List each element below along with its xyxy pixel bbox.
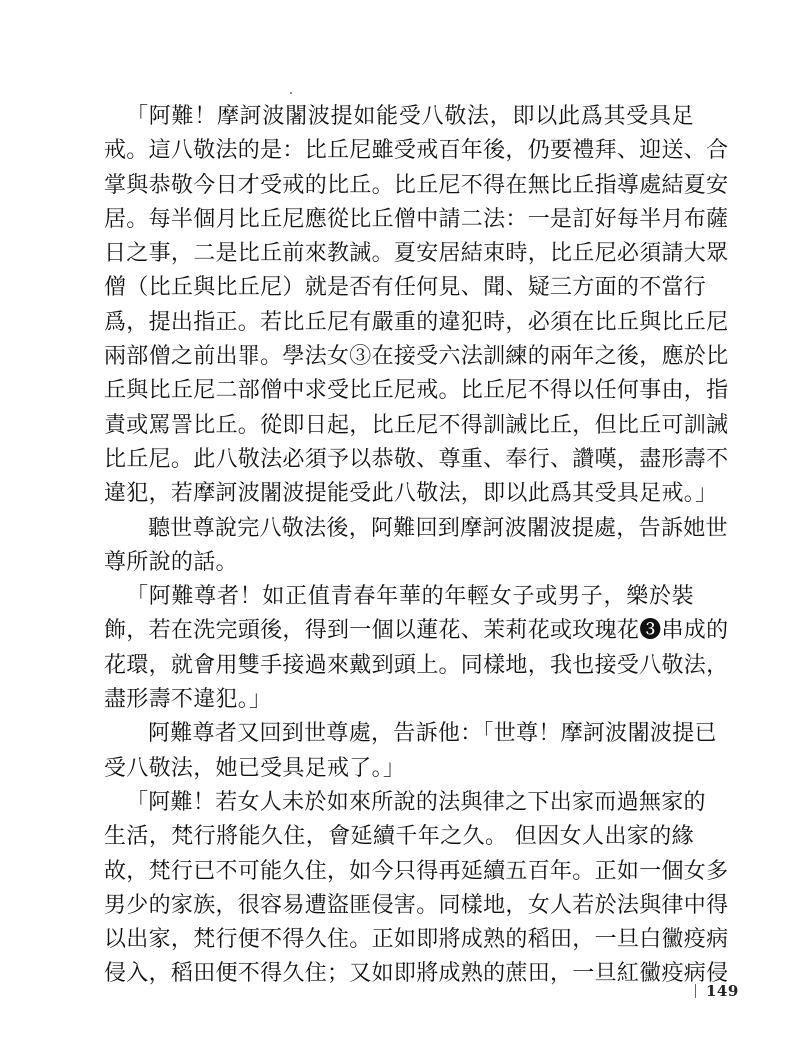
- text-line: 掌與恭敬今日才受戒的比丘。比丘尼不得在無比丘指導處結夏安: [104, 169, 694, 203]
- text-line: 比丘尼。此八敬法必須予以恭敬、尊重、奉行、讚嘆，盡形壽不: [104, 443, 694, 477]
- text-line: 以出家，梵行便不得久住。正如即將成熟的稻田，一旦白黴疫病: [104, 923, 694, 957]
- page-footer: 149: [695, 982, 739, 1000]
- text-line: 兩部僧之前出罪。學法女③在接受六法訓練的兩年之後，應於比: [104, 340, 694, 374]
- text-line: 「阿難！摩訶波闍波提如能受八敬法，即以此爲其受具足: [104, 100, 694, 134]
- text-line: 違犯，若摩訶波闍波提能受此八敬法，即以此爲其受具足戒。」: [104, 477, 694, 511]
- text-line: 男少的家族，很容易遭盜匪侵害。同樣地，女人若於法與律中得: [104, 889, 694, 923]
- footer-divider: [695, 984, 696, 998]
- text-line: 戒。這八敬法的是：比丘尼雖受戒百年後，仍要禮拜、迎送、合: [104, 134, 694, 168]
- text-line: 責或罵詈比丘。從即日起，比丘尼不得訓誡比丘，但比丘可訓誡: [104, 409, 694, 443]
- page-number: 149: [706, 982, 739, 1000]
- text-line: 居。每半個月比丘尼應從比丘僧中請二法：一是訂好每半月布薩: [104, 203, 694, 237]
- text-line: 侵入，稻田便不得久住；又如即將成熟的蔗田，一旦紅黴疫病侵: [104, 957, 694, 991]
- text-line: 生活，梵行將能久住，會延續千年之久。 但因女人出家的緣: [104, 820, 694, 854]
- scan-speck: [290, 92, 292, 94]
- text-line: 阿難尊者又回到世尊處，告訴他：「世尊！摩訶波闍波提已: [104, 717, 694, 751]
- text-line: 盡形壽不違犯。」: [104, 683, 694, 717]
- text-line: 爲，提出指正。若比丘尼有嚴重的違犯時，必須在比丘與比丘尼: [104, 306, 694, 340]
- text-line: 飾，若在洗完頭後，得到一個以蓮花、茉莉花或玫瑰花❸串成的: [104, 614, 694, 648]
- text-line: 「阿難尊者！如正值青春年華的年輕女子或男子，樂於裝: [104, 580, 694, 614]
- text-line: 故，梵行已不可能久住，如今只得再延續五百年。正如一個女多: [104, 855, 694, 889]
- text-line: 受八敬法，她已受具足戒了。」: [104, 752, 694, 786]
- text-line: 僧（比丘與比丘尼）就是否有任何見、聞、疑三方面的不當行: [104, 271, 694, 305]
- text-line: 花環，就會用雙手接過來戴到頭上。同樣地，我也接受八敬法，: [104, 649, 694, 683]
- text-line: 日之事，二是比丘前來教誡。夏安居結束時，比丘尼必須請大眾: [104, 237, 694, 271]
- text-line: 聽世尊說完八敬法後，阿難回到摩訶波闍波提處，告訴她世: [104, 512, 694, 546]
- body-text: 「阿難！摩訶波闍波提如能受八敬法，即以此爲其受具足戒。這八敬法的是：比丘尼雖受戒…: [104, 100, 694, 992]
- book-page: 「阿難！摩訶波闍波提如能受八敬法，即以此爲其受具足戒。這八敬法的是：比丘尼雖受戒…: [0, 0, 792, 1056]
- text-line: 尊所說的話。: [104, 546, 694, 580]
- text-line: 丘與比丘尼二部僧中求受比丘尼戒。比丘尼不得以任何事由，指: [104, 374, 694, 408]
- text-line: 「阿難！若女人未於如來所說的法與律之下出家而過無家的: [104, 786, 694, 820]
